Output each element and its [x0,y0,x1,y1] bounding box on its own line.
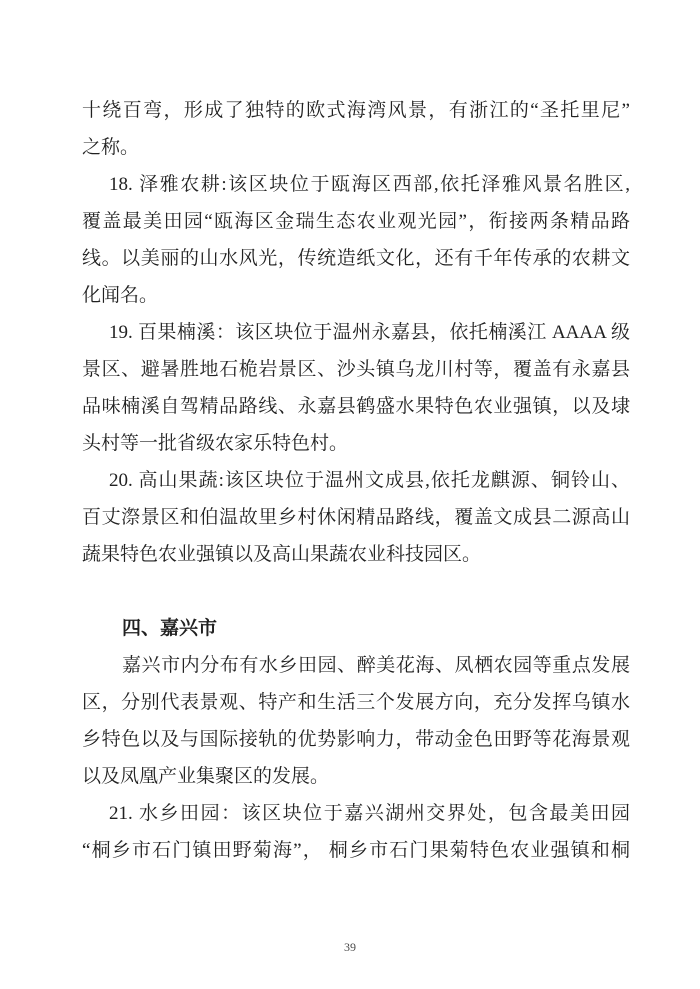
text-line: 线。以美丽的山水风光，传统造纸文化，还有千年传承的农耕文 [82,240,630,277]
text-line: “桐乡市石门镇田野菊海”， 桐乡市石门果菊特色农业强镇和桐 [82,832,630,869]
document-body: 十绕百弯，形成了独特的欧式海湾风景，有浙江的“圣托里尼” 之称。 18. 泽雅农… [82,92,630,869]
text-line: 区，分别代表景观、特产和生活三个发展方向，充分发挥乌镇水 [82,684,630,721]
text-line: 蔬果特色农业强镇以及高山果蔬农业科技园区。 [82,536,630,573]
text-line: 以及凤凰产业集聚区的发展。 [82,758,630,795]
blank-line [82,573,630,610]
text-line-item-18: 18. 泽雅农耕:该区块位于瓯海区西部,依托泽雅风景名胜区, [82,166,630,203]
text-line: 覆盖最美田园“瓯海区金瑞生态农业观光园”，衔接两条精品路 [82,203,630,240]
text-line-item-20: 20. 高山果蔬:该区块位于温州文成县,依托龙麒源、铜铃山、 [82,462,630,499]
text-line: 嘉兴市内分布有水乡田园、醉美花海、凤栖农园等重点发展 [82,647,630,684]
text-line: 十绕百弯，形成了独特的欧式海湾风景，有浙江的“圣托里尼” [82,92,630,129]
text-line: 品味楠溪自驾精品路线、永嘉县鹤盛水果特色农业强镇，以及埭 [82,388,630,425]
text-line: 头村等一批省级农家乐特色村。 [82,425,630,462]
text-line-item-21: 21. 水乡田园：该区块位于嘉兴湖州交界处，包含最美田园 [82,795,630,832]
text-line: 景区、避暑胜地石桅岩景区、沙头镇乌龙川村等，覆盖有永嘉县 [82,351,630,388]
page-number: 39 [0,940,700,955]
text-line-item-19: 19. 百果楠溪：该区块位于温州永嘉县，依托楠溪江 AAAA 级 [82,314,630,351]
text-line: 百丈漈景区和伯温故里乡村休闲精品路线，覆盖文成县二源高山 [82,499,630,536]
document-page: 十绕百弯，形成了独特的欧式海湾风景，有浙江的“圣托里尼” 之称。 18. 泽雅农… [0,0,700,989]
text-line: 乡特色以及与国际接轨的优势影响力，带动金色田野等花海景观 [82,721,630,758]
text-line: 之称。 [82,129,630,166]
text-line: 化闻名。 [82,277,630,314]
section-heading: 四、嘉兴市 [82,610,630,647]
